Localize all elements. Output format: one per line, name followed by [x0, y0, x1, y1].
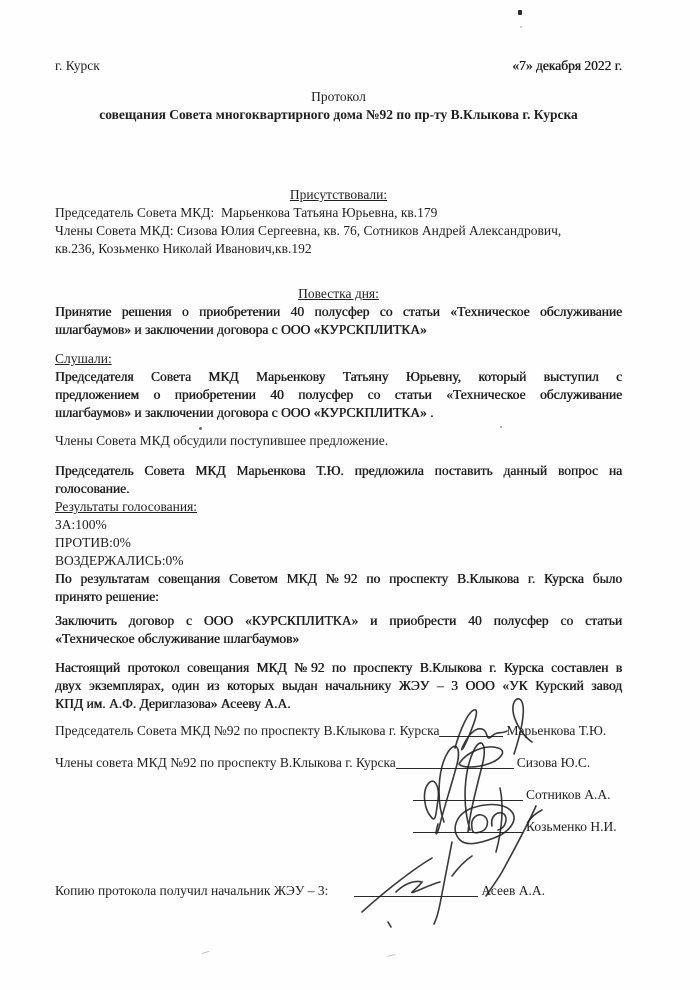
- heard-line: Председателя Совета МКД Марьенкову Татья…: [55, 368, 622, 386]
- signature-member1-name: Сизова Ю.С.: [517, 755, 590, 770]
- agenda-line: шлагбаумов» и заключении договора с ООО …: [55, 321, 622, 339]
- closing-line: двух экземплярах, один из которых выдан …: [55, 677, 622, 695]
- signature-row-member1: Члены совета МКД №92 по проспекту В.Клык…: [55, 754, 622, 772]
- proposal-paragraph: Председатель Совета МКД Марьенкова Т.Ю. …: [55, 462, 622, 498]
- document-subtitle: совещания Совета многоквартирного дома №…: [55, 106, 622, 124]
- decision-paragraph: Заключить договор с ООО «КУРСКПЛИТКА» и …: [55, 612, 622, 648]
- attendee-members-line2: кв.236, Козьменко Николай Иванович,кв.19…: [55, 240, 622, 258]
- agenda-paragraph: Принятие решения о приобретении 40 полус…: [55, 303, 622, 339]
- title-block: Протокол совещания Совета многоквартирно…: [55, 88, 622, 124]
- voting-heading: Результаты голосования:: [55, 498, 622, 516]
- attendee-members-line1: Члены Совета МКД: Сизова Юлия Сергеевна,…: [55, 222, 622, 240]
- proposal-line: голосование.: [55, 480, 622, 498]
- agenda-line: Принятие решения о приобретении 40 полус…: [55, 303, 622, 321]
- signature-line-chairman: [439, 732, 503, 737]
- voting-result-line: принято решение:: [55, 588, 622, 606]
- closing-line: Настоящий протокол совещания МКД №92 по …: [55, 659, 622, 677]
- signature-line-member3: [413, 828, 523, 833]
- attendee-chairman-line: Председатель Совета МКД: Марьенкова Тать…: [55, 204, 622, 222]
- scan-speck: [518, 10, 522, 15]
- agenda-heading: Повестка дня:: [55, 285, 622, 303]
- signature-row-copy: Копию протокола получил начальник ЖЭУ – …: [55, 882, 622, 900]
- signature-member2-name: Сотников А.А.: [526, 787, 611, 802]
- proposal-line: Председатель Совета МКД Марьенкова Т.Ю. …: [55, 462, 622, 480]
- header-date: «7» декабря 2022 г.: [512, 57, 622, 75]
- signature-line-member2: [413, 796, 523, 801]
- signature-row-member2: Сотников А.А.: [55, 786, 622, 804]
- voting-for: ЗА:100%: [55, 516, 622, 534]
- voting-against: ПРОТИВ:0%: [55, 534, 622, 552]
- decision-line: «Техническое обслуживание шлагбаумов»: [55, 630, 622, 648]
- heard-line: предложением о приобретении 40 полусфер …: [55, 386, 622, 404]
- signature-copy-label: Копию протокола получил начальник ЖЭУ – …: [55, 883, 328, 898]
- heard-heading: Слушали:: [55, 350, 622, 368]
- signature-row-member3: Козьменко Н.И.: [55, 818, 622, 836]
- signature-chairman-name: Марьенкова Т.Ю.: [506, 723, 606, 738]
- document-title: Протокол: [55, 88, 622, 106]
- closing-paragraph: Настоящий протокол совещания МКД №92 по …: [55, 659, 622, 713]
- signature-chairman-label: Председатель Совета МКД №92 по проспекту…: [55, 723, 439, 738]
- heard-paragraph: Председателя Совета МКД Марьенкову Татья…: [55, 368, 622, 422]
- scan-blue-mark: [200, 947, 209, 954]
- voting-result-paragraph: По результатам совещания Советом МКД №92…: [55, 570, 622, 606]
- signature-line-copy: [354, 892, 478, 897]
- signature-member3-name: Козьменко Н.И.: [526, 819, 617, 834]
- document-header: г. Курск «7» декабря 2022 г.: [55, 57, 622, 75]
- signature-line-member1: [396, 764, 514, 769]
- discussion-line: Члены Совета МКД обсудили поступившее пр…: [55, 432, 622, 450]
- scan-speck: [500, 426, 502, 428]
- closing-line: КПД им. А.Ф. Дериглазова» Асееву А.А.: [55, 695, 622, 713]
- decision-line: Заключить договор с ООО «КУРСКПЛИТКА» и …: [55, 612, 622, 630]
- heard-line: шлагбаумов» и заключении договора с ООО …: [55, 404, 622, 422]
- signature-copy-name: Асеев А.А.: [481, 883, 545, 898]
- attendees-heading: Присутствовали:: [55, 186, 622, 204]
- signature-members-label: Члены совета МКД №92 по проспекту В.Клык…: [55, 755, 396, 770]
- scan-blue-mark: [387, 950, 396, 957]
- scanned-protocol-document: г. Курск «7» декабря 2022 г. Протокол со…: [0, 0, 700, 990]
- signature-row-chairman: Председатель Совета МКД №92 по проспекту…: [55, 722, 622, 740]
- voting-result-line: По результатам совещания Советом МКД №92…: [55, 570, 622, 588]
- scan-speck: [199, 427, 202, 430]
- scan-speck: [520, 26, 522, 28]
- header-city: г. Курск: [55, 57, 100, 75]
- voting-abstained: ВОЗДЕРЖАЛИСЬ:0%: [55, 552, 622, 570]
